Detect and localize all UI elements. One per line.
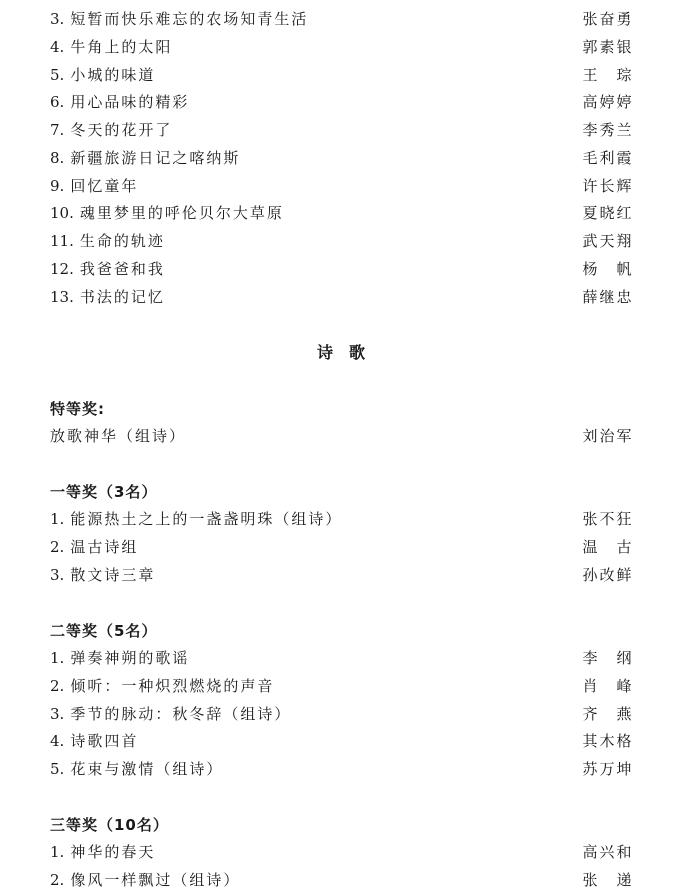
item-number: 4. — [50, 38, 64, 56]
list-item: 2.温古诗组 温古 — [50, 535, 632, 559]
list-item: 2.倾听：一种炽烈燃烧的声音 肖峰 — [50, 674, 632, 698]
work-title: 散文诗三章 — [70, 566, 155, 584]
author-name: 李秀兰 — [582, 118, 632, 142]
list-item: 10.魂里梦里的呼伦贝尔大草原 夏晓红 — [50, 201, 632, 225]
item-number: 10. — [50, 204, 74, 222]
work-title: 神华的春天 — [70, 843, 155, 861]
work-title: 用心品味的精彩 — [70, 93, 189, 111]
author-name: 李纲 — [582, 646, 632, 670]
list-item: 9.回忆童年 许长辉 — [50, 174, 632, 198]
list-item: 3.短暂而快乐难忘的农场知青生活 张奋勇 — [50, 7, 632, 31]
list-item: 放歌神华（组诗） 刘治军 — [50, 424, 632, 448]
list-item: 1.弹奏神朔的歌谣 李纲 — [50, 646, 632, 670]
item-number: 11. — [50, 232, 74, 250]
author-name: 高婷婷 — [582, 90, 632, 114]
item-number: 5. — [50, 66, 64, 84]
item-number: 12. — [50, 260, 74, 278]
item-number: 5. — [50, 760, 64, 778]
item-number: 8. — [50, 149, 64, 167]
award-heading-first: 一等奖（3名） — [50, 480, 157, 504]
work-title: 我爸爸和我 — [80, 260, 165, 278]
work-title: 书法的记忆 — [80, 288, 165, 306]
author-name: 高兴和 — [582, 840, 632, 864]
work-title: 弹奏神朔的歌谣 — [70, 649, 189, 667]
work-title: 短暂而快乐难忘的农场知青生活 — [70, 10, 308, 28]
award-heading-special: 特等奖: — [50, 397, 105, 421]
work-title: 新疆旅游日记之喀纳斯 — [70, 149, 240, 167]
item-number: 9. — [50, 177, 64, 195]
author-name: 杨帆 — [582, 257, 632, 281]
author-name: 苏万坤 — [582, 757, 632, 781]
author-name: 许长辉 — [582, 174, 632, 198]
list-item: 8.新疆旅游日记之喀纳斯 毛利霞 — [50, 146, 632, 170]
item-number: 1. — [50, 510, 64, 528]
document-page: 3.短暂而快乐难忘的农场知青生活 张奋勇 4.牛角上的太阳 郭素银 5.小城的味… — [0, 0, 682, 895]
author-name: 夏晓红 — [582, 201, 632, 225]
item-number: 1. — [50, 649, 64, 667]
work-title: 像风一样飘过（组诗） — [70, 871, 240, 889]
author-name: 张递 — [582, 868, 632, 892]
list-item: 3.季节的脉动：秋冬辞（组诗） 齐燕 — [50, 702, 632, 726]
work-title: 诗歌四首 — [70, 732, 138, 750]
work-title: 花束与激情（组诗） — [70, 760, 223, 778]
list-item: 3.散文诗三章 孙改鲜 — [50, 563, 632, 587]
author-name: 肖峰 — [582, 674, 632, 698]
work-title: 放歌神华（组诗） — [50, 427, 186, 445]
list-item: 11.生命的轨迹 武天翔 — [50, 229, 632, 253]
author-name: 温古 — [582, 535, 632, 559]
author-name: 齐燕 — [582, 702, 632, 726]
work-title: 魂里梦里的呼伦贝尔大草原 — [80, 204, 284, 222]
author-name: 刘治军 — [582, 424, 632, 448]
author-name: 孙改鲜 — [582, 563, 632, 587]
list-item: 6.用心品味的精彩 高婷婷 — [50, 90, 632, 114]
work-title: 能源热土之上的一盏盏明珠（组诗） — [70, 510, 342, 528]
item-number: 2. — [50, 871, 64, 889]
item-number: 13. — [50, 288, 74, 306]
work-title: 回忆童年 — [70, 177, 138, 195]
list-item: 1.神华的春天 高兴和 — [50, 840, 632, 864]
list-item: 5.花束与激情（组诗） 苏万坤 — [50, 757, 632, 781]
work-title: 温古诗组 — [70, 538, 138, 556]
item-number: 3. — [50, 566, 64, 584]
item-number: 2. — [50, 538, 64, 556]
work-title: 倾听：一种炽烈燃烧的声音 — [70, 677, 274, 695]
author-name: 张不狂 — [582, 507, 632, 531]
item-number: 2. — [50, 677, 64, 695]
author-name: 其木格 — [582, 729, 632, 753]
work-title: 牛角上的太阳 — [70, 38, 172, 56]
work-title: 生命的轨迹 — [80, 232, 165, 250]
list-item: 5.小城的味道 王琮 — [50, 63, 632, 87]
author-name: 薛继忠 — [582, 285, 632, 309]
item-number: 7. — [50, 121, 64, 139]
work-title: 季节的脉动：秋冬辞（组诗） — [70, 705, 291, 723]
award-heading-third: 三等奖（10名） — [50, 813, 169, 837]
list-item: 4.牛角上的太阳 郭素银 — [50, 35, 632, 59]
list-item: 13.书法的记忆 薛继忠 — [50, 285, 632, 309]
author-name: 武天翔 — [582, 229, 632, 253]
list-item: 2.像风一样飘过（组诗） 张递 — [50, 868, 632, 892]
item-number: 6. — [50, 93, 64, 111]
author-name: 毛利霞 — [582, 146, 632, 170]
item-number: 3. — [50, 705, 64, 723]
list-item: 7.冬天的花开了 李秀兰 — [50, 118, 632, 142]
award-heading-second: 二等奖（5名） — [50, 619, 157, 643]
item-number: 3. — [50, 10, 64, 28]
work-title: 冬天的花开了 — [70, 121, 172, 139]
list-item: 1.能源热土之上的一盏盏明珠（组诗） 张不狂 — [50, 507, 632, 531]
list-item: 4.诗歌四首 其木格 — [50, 729, 632, 753]
work-title: 小城的味道 — [70, 66, 155, 84]
section-title-poetry: 诗歌 — [0, 341, 682, 365]
author-name: 王琮 — [582, 63, 632, 87]
list-item: 12.我爸爸和我 杨帆 — [50, 257, 632, 281]
item-number: 4. — [50, 732, 64, 750]
author-name: 张奋勇 — [582, 7, 632, 31]
author-name: 郭素银 — [582, 35, 632, 59]
item-number: 1. — [50, 843, 64, 861]
